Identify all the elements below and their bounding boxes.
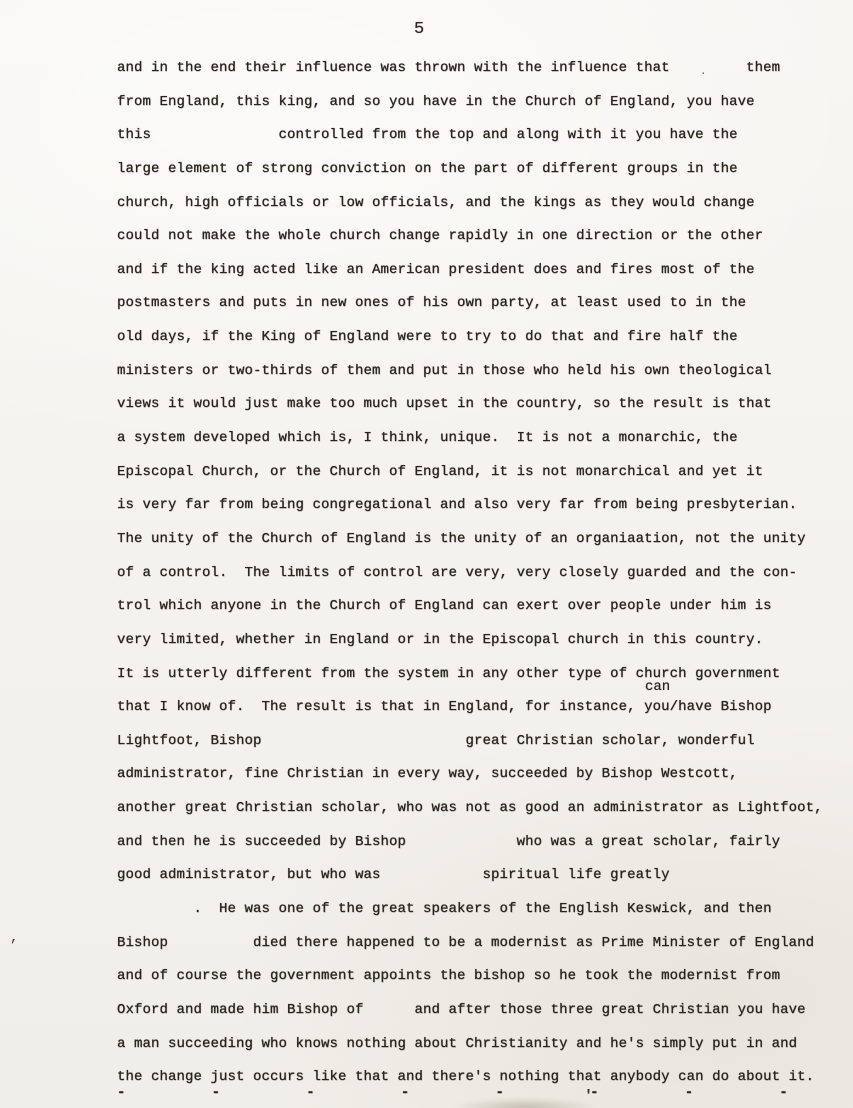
text-line: very limited, whether in England or in t… <box>117 624 837 658</box>
typewritten-page: 5 . and in the end their influence was t… <box>0 0 853 1108</box>
stray-mark-left-margin: , <box>10 930 18 946</box>
text-line: another great Christian scholar, who was… <box>117 792 837 826</box>
text-line: and of course the government appoints th… <box>117 960 837 994</box>
text-line: a system developed which is, I think, un… <box>117 422 837 456</box>
text-line: It is utterly different from the system … <box>117 658 837 692</box>
text-line: good administrator, but who was spiritua… <box>117 859 837 893</box>
text-line: church, high officials or low officials,… <box>117 187 837 221</box>
text-line: Episcopal Church, or the Church of Engla… <box>117 456 837 490</box>
stray-mark-bottom-edge: ' <box>584 1088 593 1105</box>
text-line: could not make the whole church change r… <box>117 220 837 254</box>
text-line: that I know of. The result is that in En… <box>117 691 837 725</box>
text-line: Oxford and made him Bishop of and after … <box>117 994 837 1028</box>
text-line: postmasters and puts in new ones of his … <box>117 287 837 321</box>
text-line: . He was one of the great speakers of th… <box>117 893 837 927</box>
text-line: this controlled from the top and along w… <box>117 119 837 153</box>
text-line: views it would just make too much upset … <box>117 388 837 422</box>
text-line: The unity of the Church of England is th… <box>117 523 837 557</box>
text-line: from England, this king, and so you have… <box>117 86 837 120</box>
text-line: of a control. The limits of control are … <box>117 557 837 591</box>
typed-text-block: and in the end their influence was throw… <box>117 52 837 1108</box>
text-line: trol which anyone in the Church of Engla… <box>117 590 837 624</box>
text-line: and in the end their influence was throw… <box>117 52 837 86</box>
text-line: Bishop died there happened to be a moder… <box>117 927 837 961</box>
inserted-word-can: can <box>645 679 670 695</box>
page-number: 5 <box>414 20 424 39</box>
text-line: a man succeeding who knows nothing about… <box>117 1028 837 1062</box>
text-line: ministers or two-thirds of them and put … <box>117 355 837 389</box>
text-line: and if the king acted like an American p… <box>117 254 837 288</box>
text-line: is very far from being congregational an… <box>117 489 837 523</box>
text-line: Lightfoot, Bishop great Christian schola… <box>117 725 837 759</box>
text-line: old days, if the King of England were to… <box>117 321 837 355</box>
text-line: and then he is succeeded by Bishop who w… <box>117 826 837 860</box>
text-line: administrator, fine Christian in every w… <box>117 758 837 792</box>
text-line: large element of strong conviction on th… <box>117 153 837 187</box>
